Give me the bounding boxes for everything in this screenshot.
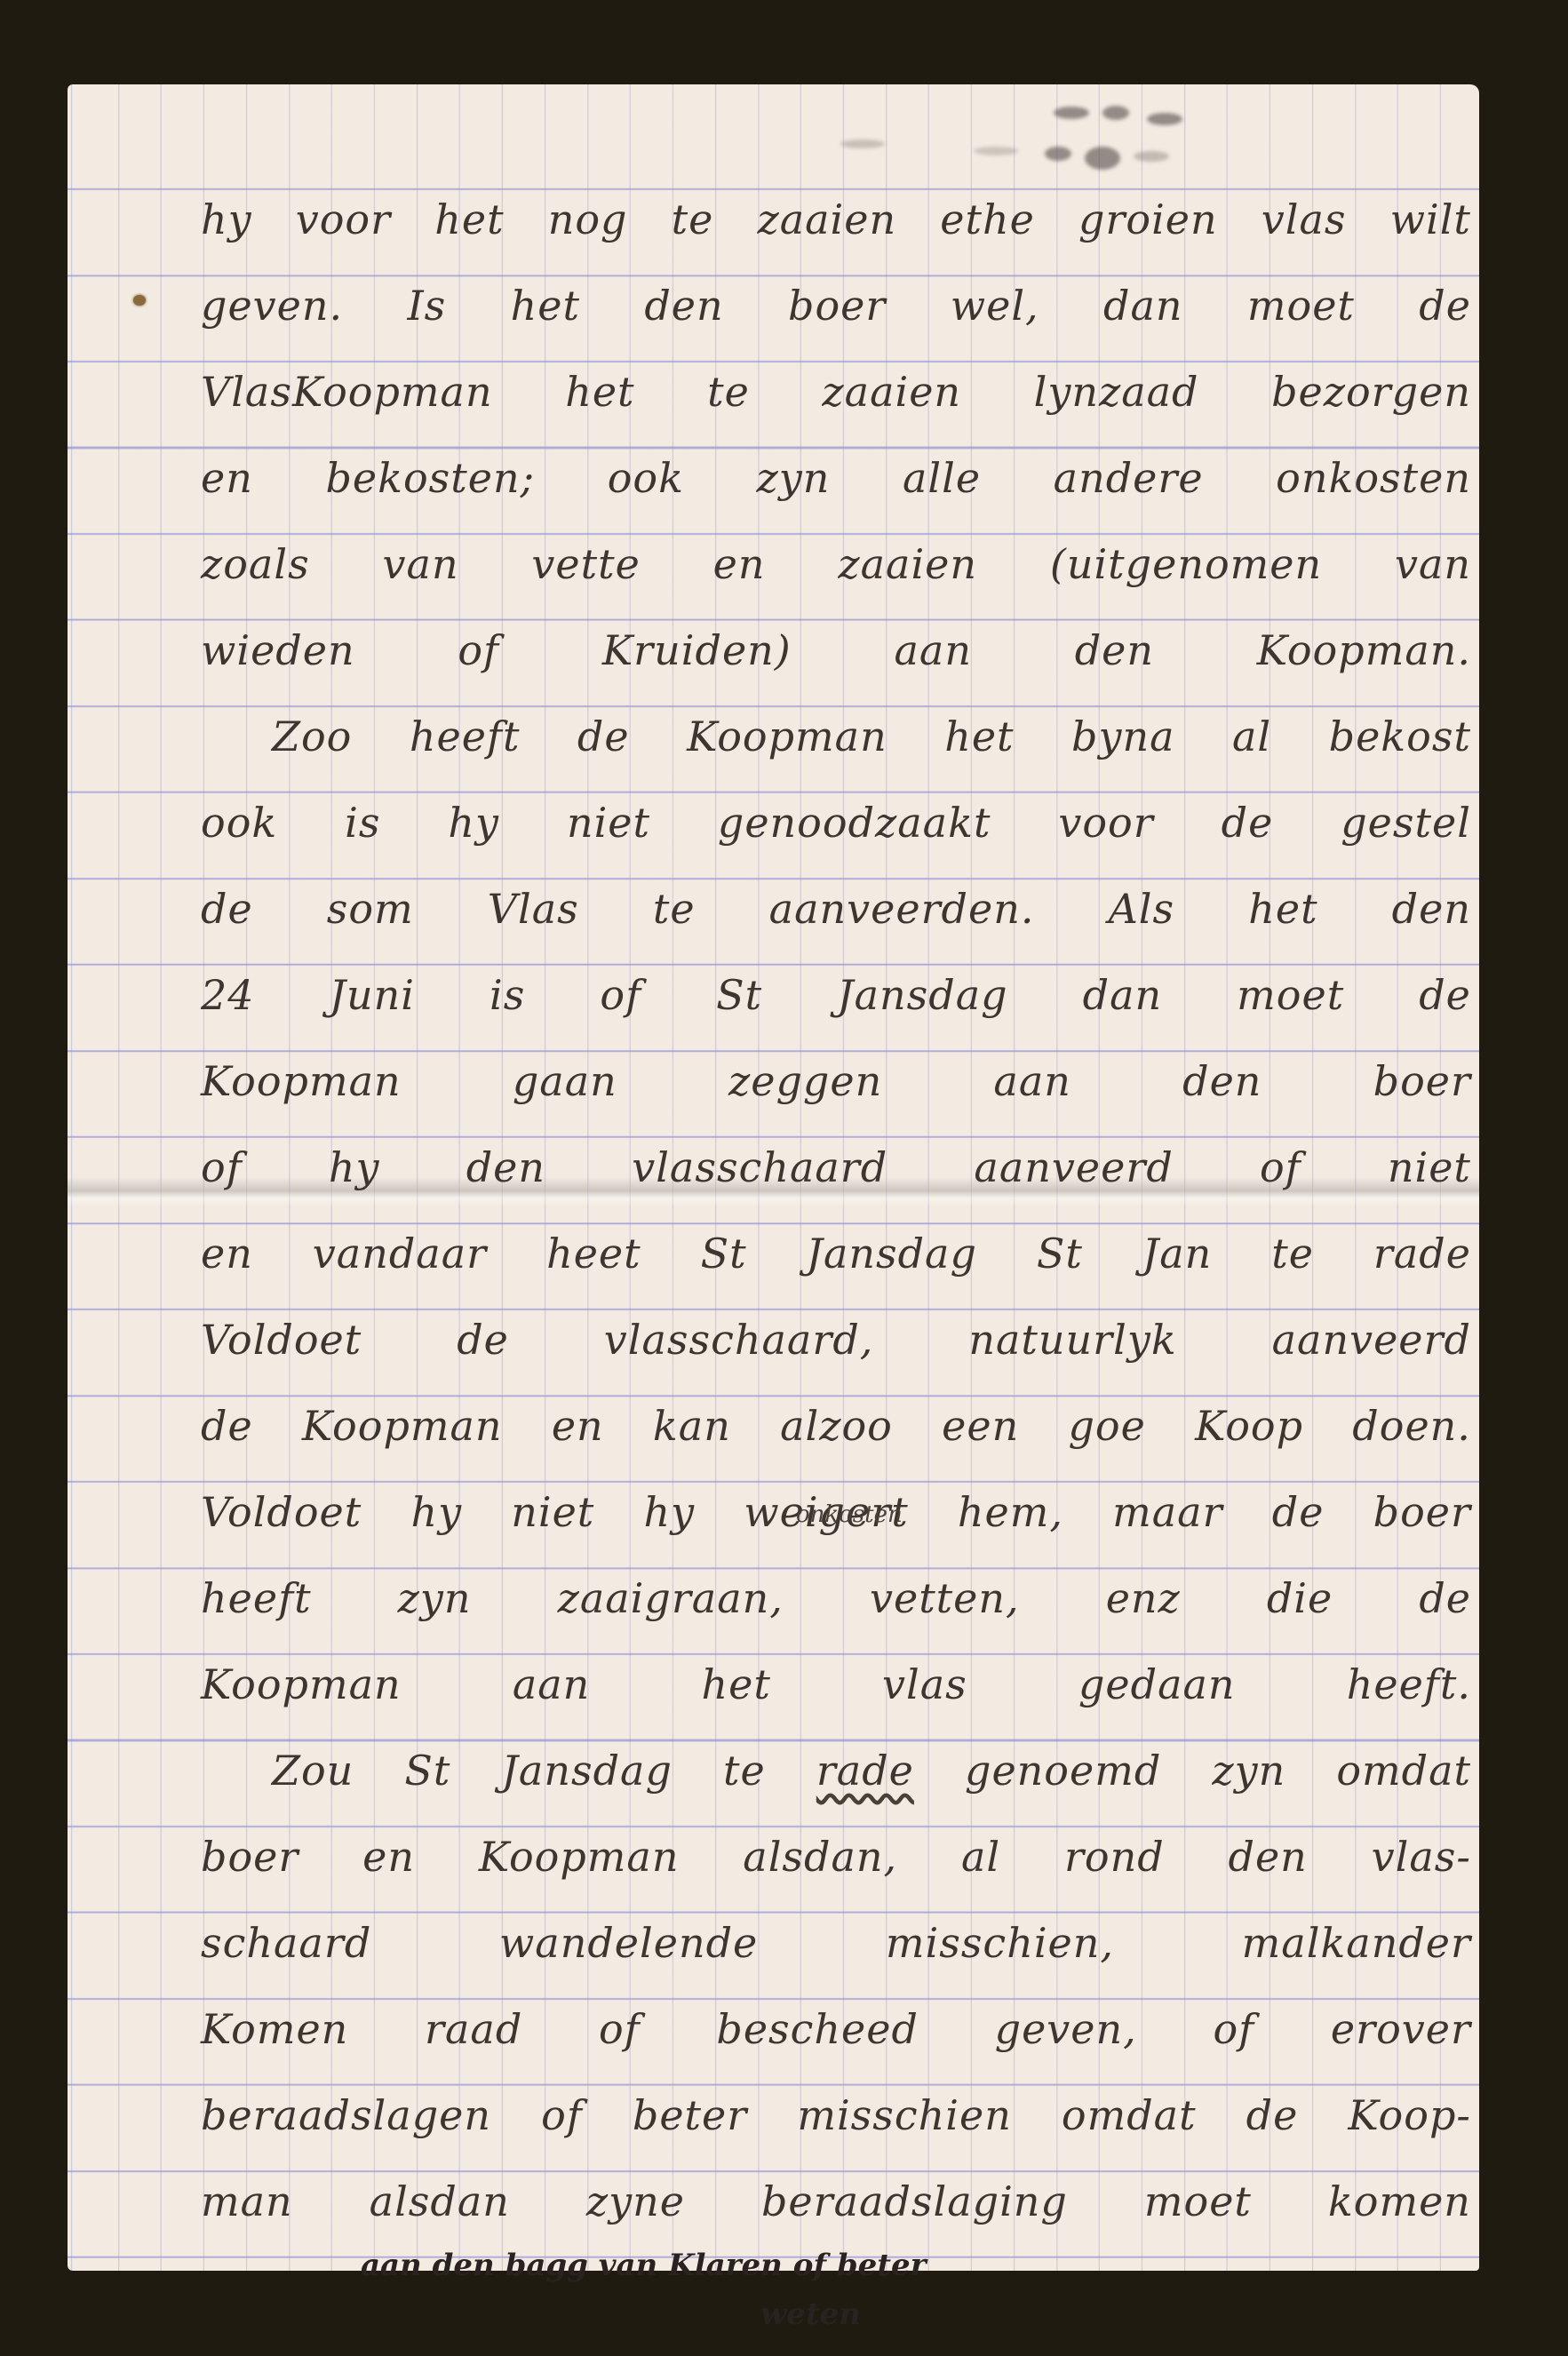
word: alsdan, bbox=[743, 1814, 897, 1900]
word: raad bbox=[425, 1986, 522, 2073]
word: niet bbox=[511, 1469, 594, 1556]
word: natuurlyk bbox=[968, 1297, 1176, 1383]
text-line: Koopmanaanhetvlasgedaanheeft. bbox=[201, 1642, 1471, 1728]
word: omdat bbox=[1062, 2073, 1197, 2159]
word: Koopman bbox=[302, 1383, 503, 1469]
word: Koop- bbox=[1348, 2073, 1471, 2159]
text-line: VlasKoopmanhettezaaienlynzaadbezorgen bbox=[201, 349, 1471, 435]
word: de bbox=[201, 1383, 253, 1469]
word: Zou bbox=[272, 1728, 354, 1814]
word: bescheed bbox=[716, 1986, 919, 2073]
word: een bbox=[942, 1383, 1019, 1469]
word: komen bbox=[1328, 2159, 1471, 2245]
text-line: ZooheeftdeKoopmanhetbynaalbekost bbox=[201, 694, 1471, 780]
text-line: wiedenofKruiden)aandenKoopman. bbox=[201, 608, 1471, 694]
word: niet bbox=[1388, 1125, 1471, 1211]
word: St bbox=[1037, 1211, 1083, 1297]
word: dan bbox=[1103, 263, 1183, 349]
word: of bbox=[458, 608, 499, 694]
word: al bbox=[1232, 694, 1271, 780]
word: geven. bbox=[201, 263, 343, 349]
word: beraadslaging bbox=[761, 2159, 1068, 2245]
word: te bbox=[672, 177, 714, 263]
word: Koopman bbox=[201, 1642, 402, 1728]
word: gaan bbox=[513, 1039, 617, 1125]
word: wel, bbox=[951, 263, 1039, 349]
word: Voldoet bbox=[201, 1469, 362, 1556]
word: te bbox=[707, 349, 750, 435]
word: Jansdag bbox=[807, 1211, 977, 1297]
word: is bbox=[490, 952, 525, 1039]
text-line: hyvoorhetnogtezaaienethegroienvlaswilt bbox=[201, 177, 1471, 263]
text-line: enbekosten;ookzynalleandereonkosten bbox=[201, 435, 1471, 521]
word: Als bbox=[1109, 866, 1175, 952]
word: bekost bbox=[1329, 694, 1471, 780]
text-line: ZouStJansdagteradegenoemdzynomdat bbox=[201, 1728, 1471, 1814]
ink-smudge bbox=[1085, 147, 1120, 170]
word: vlasschaard, bbox=[604, 1297, 874, 1383]
margin-dot bbox=[133, 295, 146, 306]
word: hy bbox=[410, 1469, 462, 1556]
word: moet bbox=[1144, 2159, 1252, 2245]
word: de bbox=[457, 1297, 509, 1383]
word: de bbox=[201, 866, 253, 952]
word: vlas bbox=[1262, 177, 1347, 263]
word: te bbox=[723, 1728, 766, 1814]
text-line: Komenraadofbescheedgeven,oferover bbox=[201, 1986, 1471, 2073]
word: de bbox=[1419, 263, 1471, 349]
word: al bbox=[961, 1814, 1000, 1900]
ink-smudge bbox=[840, 139, 885, 148]
ink-smudge bbox=[1134, 151, 1169, 162]
word: byna bbox=[1071, 694, 1174, 780]
text-line: 24JuniisofStJansdagdanmoetde bbox=[201, 952, 1471, 1039]
word: aanveerd bbox=[974, 1125, 1173, 1211]
word: de bbox=[1222, 780, 1274, 866]
word: erover bbox=[1331, 1986, 1471, 2073]
word: alle bbox=[903, 435, 981, 521]
word: het bbox=[944, 694, 1014, 780]
word: maar bbox=[1112, 1469, 1222, 1556]
word: moet bbox=[1237, 952, 1344, 1039]
word: boer bbox=[1373, 1469, 1471, 1556]
word: en bbox=[201, 1211, 253, 1297]
word: boer bbox=[201, 1814, 298, 1900]
text-line: schaardwandelendemisschien,malkander bbox=[201, 1900, 1471, 1986]
word: dan bbox=[1083, 952, 1163, 1039]
word: malkander bbox=[1242, 1900, 1471, 1986]
word: de bbox=[577, 694, 630, 780]
word: heet bbox=[546, 1211, 641, 1297]
word: aan bbox=[894, 608, 971, 694]
text-line: Koopmangaanzeggenaandenboer bbox=[201, 1039, 1471, 1125]
text-line: Voldoetdevlasschaard,natuurlykaanveerd bbox=[201, 1297, 1471, 1383]
word: vette bbox=[531, 521, 640, 608]
word: schaard bbox=[201, 1900, 371, 1986]
word: Komen bbox=[201, 1986, 348, 2073]
word: boer bbox=[788, 263, 886, 349]
word: geven, bbox=[995, 1986, 1137, 2073]
word: Jansdag bbox=[837, 952, 1007, 1039]
word: VlasKoopman bbox=[201, 349, 493, 435]
word: alsdan bbox=[370, 2159, 510, 2245]
ink-smudge bbox=[1102, 106, 1129, 120]
word: Jansdag bbox=[501, 1728, 672, 1814]
word: de bbox=[1246, 2073, 1299, 2159]
word: aanveerden. bbox=[769, 866, 1035, 952]
ink-smudge bbox=[1045, 147, 1071, 161]
word: St bbox=[404, 1728, 450, 1814]
word: en bbox=[362, 1814, 415, 1900]
word: beraadslagen bbox=[201, 2073, 491, 2159]
text-line: beraadslagenofbetermisschienomdatdeKoop- bbox=[201, 2073, 1471, 2159]
word: van bbox=[383, 521, 459, 608]
word: groien bbox=[1078, 177, 1218, 263]
word: vetten, bbox=[870, 1556, 1020, 1642]
word: niet bbox=[567, 780, 650, 866]
word: hem, bbox=[958, 1469, 1063, 1556]
word: het bbox=[565, 349, 634, 435]
word: den bbox=[1392, 866, 1471, 952]
word: aanveerd bbox=[1272, 1297, 1471, 1383]
word: man bbox=[201, 2159, 293, 2245]
text-line: ookishynietgenoodzaaktvoordegestel bbox=[201, 780, 1471, 866]
word: doen. bbox=[1352, 1383, 1471, 1469]
text-line: ofhydenvlasschaardaanveerdofniet bbox=[201, 1125, 1471, 1211]
word: (uitgenomen bbox=[1050, 521, 1322, 608]
word: wilt bbox=[1390, 177, 1471, 263]
word: ethe bbox=[940, 177, 1035, 263]
word: Jan bbox=[1142, 1211, 1213, 1297]
word: Is bbox=[408, 263, 447, 349]
word: den bbox=[644, 263, 723, 349]
word: vlas- bbox=[1372, 1814, 1471, 1900]
word: voor bbox=[296, 177, 391, 263]
word: vandaar bbox=[313, 1211, 487, 1297]
word: Koopman. bbox=[1257, 608, 1471, 694]
word: zyn bbox=[398, 1556, 472, 1642]
word: genoemd bbox=[965, 1728, 1161, 1814]
word: St bbox=[701, 1211, 747, 1297]
word: rond bbox=[1064, 1814, 1165, 1900]
word: of bbox=[1260, 1125, 1301, 1211]
word: ook bbox=[201, 780, 277, 866]
word: hy bbox=[643, 1469, 695, 1556]
word: omdat bbox=[1336, 1728, 1471, 1814]
word: of bbox=[201, 1125, 243, 1211]
word: zyn bbox=[1212, 1728, 1285, 1814]
word: vlas bbox=[882, 1642, 967, 1728]
word: gedaan bbox=[1078, 1642, 1236, 1728]
word: zaaigraan, bbox=[558, 1556, 784, 1642]
word: zaaien bbox=[757, 177, 896, 263]
letter-page: hyvoorhetnogtezaaienethegroienvlaswilt g… bbox=[68, 84, 1479, 2271]
word: alzoo bbox=[780, 1383, 893, 1469]
word: Voldoet bbox=[201, 1297, 362, 1383]
word: Koopman bbox=[479, 1814, 680, 1900]
word: moet bbox=[1247, 263, 1355, 349]
text-line: heeftzynzaaigraan,vetten,enzdiede bbox=[201, 1556, 1471, 1642]
word: St bbox=[716, 952, 762, 1039]
word: of bbox=[600, 952, 641, 1039]
word: Juni bbox=[330, 952, 415, 1039]
word: goe bbox=[1068, 1383, 1145, 1469]
word: te bbox=[1271, 1211, 1314, 1297]
word: het bbox=[702, 1642, 771, 1728]
word: onkosten bbox=[1276, 435, 1471, 521]
ink-smudge bbox=[1054, 107, 1089, 119]
word: van bbox=[1395, 521, 1471, 608]
word: Vlas bbox=[488, 866, 579, 952]
word: wandelende bbox=[499, 1900, 758, 1986]
word: zyne bbox=[586, 2159, 685, 2245]
word: Kruiden) bbox=[602, 608, 792, 694]
word: Koopman bbox=[687, 694, 887, 780]
word: of bbox=[541, 2073, 583, 2159]
word: kan bbox=[653, 1383, 731, 1469]
word: is bbox=[345, 780, 380, 866]
word: en bbox=[201, 435, 253, 521]
word: som bbox=[327, 866, 414, 952]
word: 24 bbox=[201, 952, 255, 1039]
word: hy bbox=[201, 177, 252, 263]
text-line: zoalsvanvetteenzaaien(uitgenomenvan bbox=[201, 521, 1471, 608]
word: de bbox=[1272, 1469, 1325, 1556]
word: ook bbox=[608, 435, 684, 521]
word: hy bbox=[329, 1125, 380, 1211]
word: zyn bbox=[757, 435, 831, 521]
word: andere bbox=[1054, 435, 1204, 521]
interlinear-insertion: onkosten bbox=[796, 1501, 903, 1528]
word: nog bbox=[548, 177, 628, 263]
word: aan bbox=[513, 1642, 590, 1728]
word: voor bbox=[1058, 780, 1153, 866]
word: zaaien bbox=[822, 349, 961, 435]
word: aan bbox=[993, 1039, 1071, 1125]
word: het bbox=[511, 263, 580, 349]
word: Zoo bbox=[272, 694, 352, 780]
word: beter bbox=[633, 2073, 747, 2159]
word: rade bbox=[816, 1728, 914, 1814]
word: wieden bbox=[201, 608, 355, 694]
word: zeggen bbox=[728, 1039, 882, 1125]
text-line: envandaarheetStJansdagStJanterade bbox=[201, 1211, 1471, 1297]
ink-smudge bbox=[974, 147, 1018, 155]
word: of bbox=[599, 1986, 641, 2073]
word: misschien bbox=[797, 2073, 1012, 2159]
footnote-line-2: weten bbox=[760, 2296, 861, 2332]
word: heeft bbox=[410, 694, 521, 780]
word: den bbox=[1182, 1039, 1262, 1125]
word: bezorgen bbox=[1271, 349, 1471, 435]
word: hy bbox=[448, 780, 499, 866]
word: de bbox=[1419, 1556, 1471, 1642]
footnote-line-1: aan den bagg van Klaren of beter bbox=[361, 2248, 927, 2283]
word: de bbox=[1419, 952, 1471, 1039]
word: gestel bbox=[1341, 780, 1471, 866]
word: Koopman bbox=[201, 1039, 402, 1125]
ink-smudge bbox=[1147, 113, 1182, 125]
word: het bbox=[434, 177, 504, 263]
word: zoals bbox=[201, 521, 310, 608]
word: en bbox=[713, 521, 766, 608]
word: lynzaad bbox=[1034, 349, 1199, 435]
word: rade bbox=[1373, 1211, 1471, 1297]
text-line: desomVlasteaanveerden.Alshetden bbox=[201, 866, 1471, 952]
word: den bbox=[1075, 608, 1154, 694]
text-line: boerenKoopmanalsdan,alronddenvlas- bbox=[201, 1814, 1471, 1900]
word: of bbox=[1213, 1986, 1254, 2073]
word: Koop bbox=[1195, 1383, 1303, 1469]
word: den bbox=[1229, 1814, 1308, 1900]
word: boer bbox=[1373, 1039, 1471, 1125]
word: den bbox=[466, 1125, 545, 1211]
word: en bbox=[552, 1383, 604, 1469]
word: te bbox=[653, 866, 696, 952]
word: bekosten; bbox=[325, 435, 535, 521]
word: die bbox=[1267, 1556, 1333, 1642]
word: vlasschaard bbox=[632, 1125, 887, 1211]
word: heeft. bbox=[1347, 1642, 1471, 1728]
word: zaaien bbox=[838, 521, 977, 608]
word: het bbox=[1248, 866, 1317, 952]
text-line: geven.Ishetdenboerwel,danmoetde bbox=[201, 263, 1471, 349]
letter-body: hyvoorhetnogtezaaienethegroienvlaswilt g… bbox=[201, 177, 1471, 2245]
word: heeft bbox=[201, 1556, 312, 1642]
word: misschien, bbox=[886, 1900, 1114, 1986]
text-line: deKoopmanenkanalzooeengoeKoopdoen. bbox=[201, 1383, 1471, 1469]
word: enz bbox=[1106, 1556, 1181, 1642]
text-line: manalsdanzyneberaadslagingmoetkomen bbox=[201, 2159, 1471, 2245]
word: genoodzaakt bbox=[718, 780, 991, 866]
